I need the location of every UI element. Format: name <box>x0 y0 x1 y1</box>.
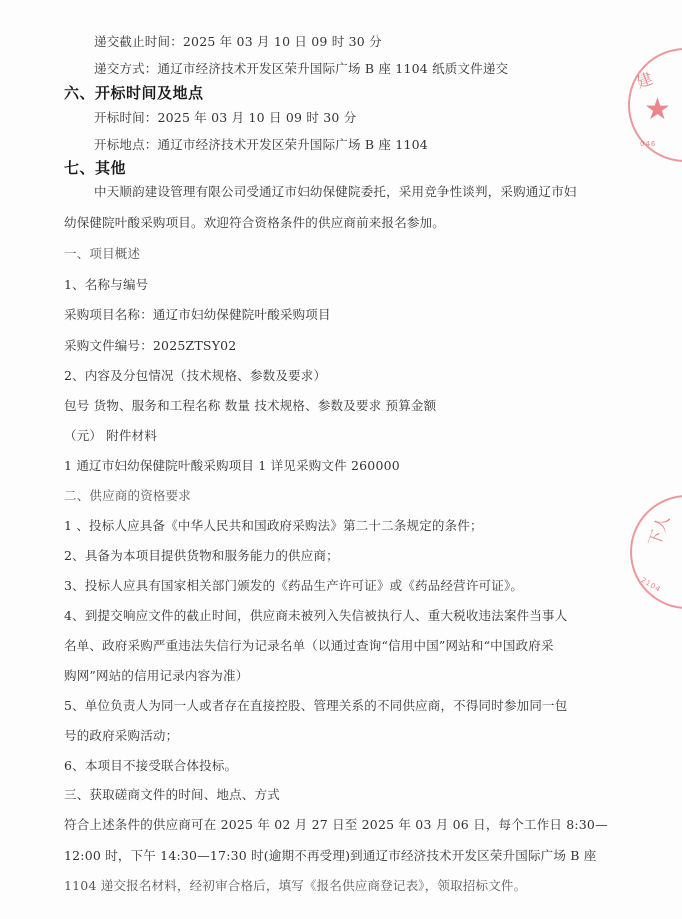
seal-star-icon: ★ <box>644 92 671 127</box>
seal-code: 046 <box>640 140 656 148</box>
table-header-continued: （元） 附件材料 <box>64 428 157 444</box>
submit-method-line: 递交方式：通辽市经济技术开发区荣升国际广场 B 座 1104 纸质文件递交 <box>94 61 508 77</box>
requirement-4-line-1: 4、到提交响应文件的截止时间，供应商未被列入失信被执行人、重大税收违法案件当事人 <box>64 608 567 624</box>
intro-line-1: 中天顺韵建设管理有限公司受通辽市妇幼保健院委托，采用竞争性谈判，采购通辽市妇 <box>94 184 577 200</box>
opening-time-line: 开标时间：2025 年 03 月 10 日 09 时 30 分 <box>94 110 356 126</box>
section7-heading: 七、其他 <box>64 160 126 176</box>
part1-heading: 一、项目概述 <box>64 246 140 262</box>
requirement-3: 3、投标人应具有国家相关部门颁发的《药品生产许可证》或《药品经营许可证》。 <box>64 578 523 594</box>
requirement-5-line-2: 号的政府采购活动； <box>64 728 178 744</box>
item1-heading: 1、名称与编号 <box>64 277 148 293</box>
obtain-line-2: 12:00 时，下午 14:30—17:30 时(逾期不再受理)到通辽市经济技术… <box>64 848 596 864</box>
project-name-line: 采购项目名称：通辽市妇幼保健院叶酸采购项目 <box>64 307 331 323</box>
requirement-4-line-2: 名单、政府采购严重违法失信行为记录名单（以通过查询“信用中国”网站和“中国政府采 <box>64 638 554 654</box>
table-header-line: 包号 货物、服务和工程名称 数量 技术规格、参数及要求 预算金额 <box>64 398 436 414</box>
obtain-line-3: 1104 递交报名材料，经初审合格后，填写《报名供应商登记表》，领取招标文件。 <box>64 878 526 894</box>
seal-code: 2104 <box>639 576 662 594</box>
submit-deadline-line: 递交截止时间：2025 年 03 月 10 日 09 时 30 分 <box>94 34 382 50</box>
requirement-1: 1 、投标人应具备《中华人民共和国政府采购法》第二十二条规定的条件； <box>64 518 483 534</box>
company-seal-top: 建 ★ 046 <box>628 48 682 162</box>
section6-heading: 六、开标时间及地点 <box>64 85 204 101</box>
requirement-2: 2、具备为本项目提供货物和服务能力的供应商； <box>64 548 339 564</box>
obtain-line-1: 符合上述条件的供应商可在 2025 年 02 月 27 日至 2025 年 03… <box>64 817 608 833</box>
item2-heading: 2、内容及分包情况（技术规格、参数及要求） <box>64 368 326 384</box>
part2-heading: 二、供应商的资格要求 <box>64 488 191 504</box>
requirement-4-line-3: 购网”网站的信用记录内容为准） <box>64 668 248 684</box>
part3-heading: 三、获取磋商文件的时间、地点、方式 <box>64 787 280 803</box>
opening-place-line: 开标地点：通辽市经济技术开发区荣升国际广场 B 座 1104 <box>94 137 428 153</box>
intro-line-2: 幼保健院叶酸采购项目。欢迎符合资格条件的供应商前来报名参加。 <box>64 215 445 231</box>
requirement-6: 6、本项目不接受联合体投标。 <box>64 758 237 774</box>
document-page: 递交截止时间：2025 年 03 月 10 日 09 时 30 分 递交方式：通… <box>0 0 682 919</box>
table-row-1: 1 通辽市妇幼保健院叶酸采购项目 1 详见采购文件 260000 <box>64 458 400 474</box>
seal-character: 下人 <box>642 512 675 550</box>
project-code-line: 采购文件编号：2025ZTSY02 <box>64 338 236 354</box>
seal-character: 建 <box>633 66 656 93</box>
requirement-5-line-1: 5、单位负责人为同一人或者存在直接控股、管理关系的不同供应商，不得同时参加同一包 <box>64 698 567 714</box>
company-seal-bottom: 下人 2104 <box>630 495 682 609</box>
